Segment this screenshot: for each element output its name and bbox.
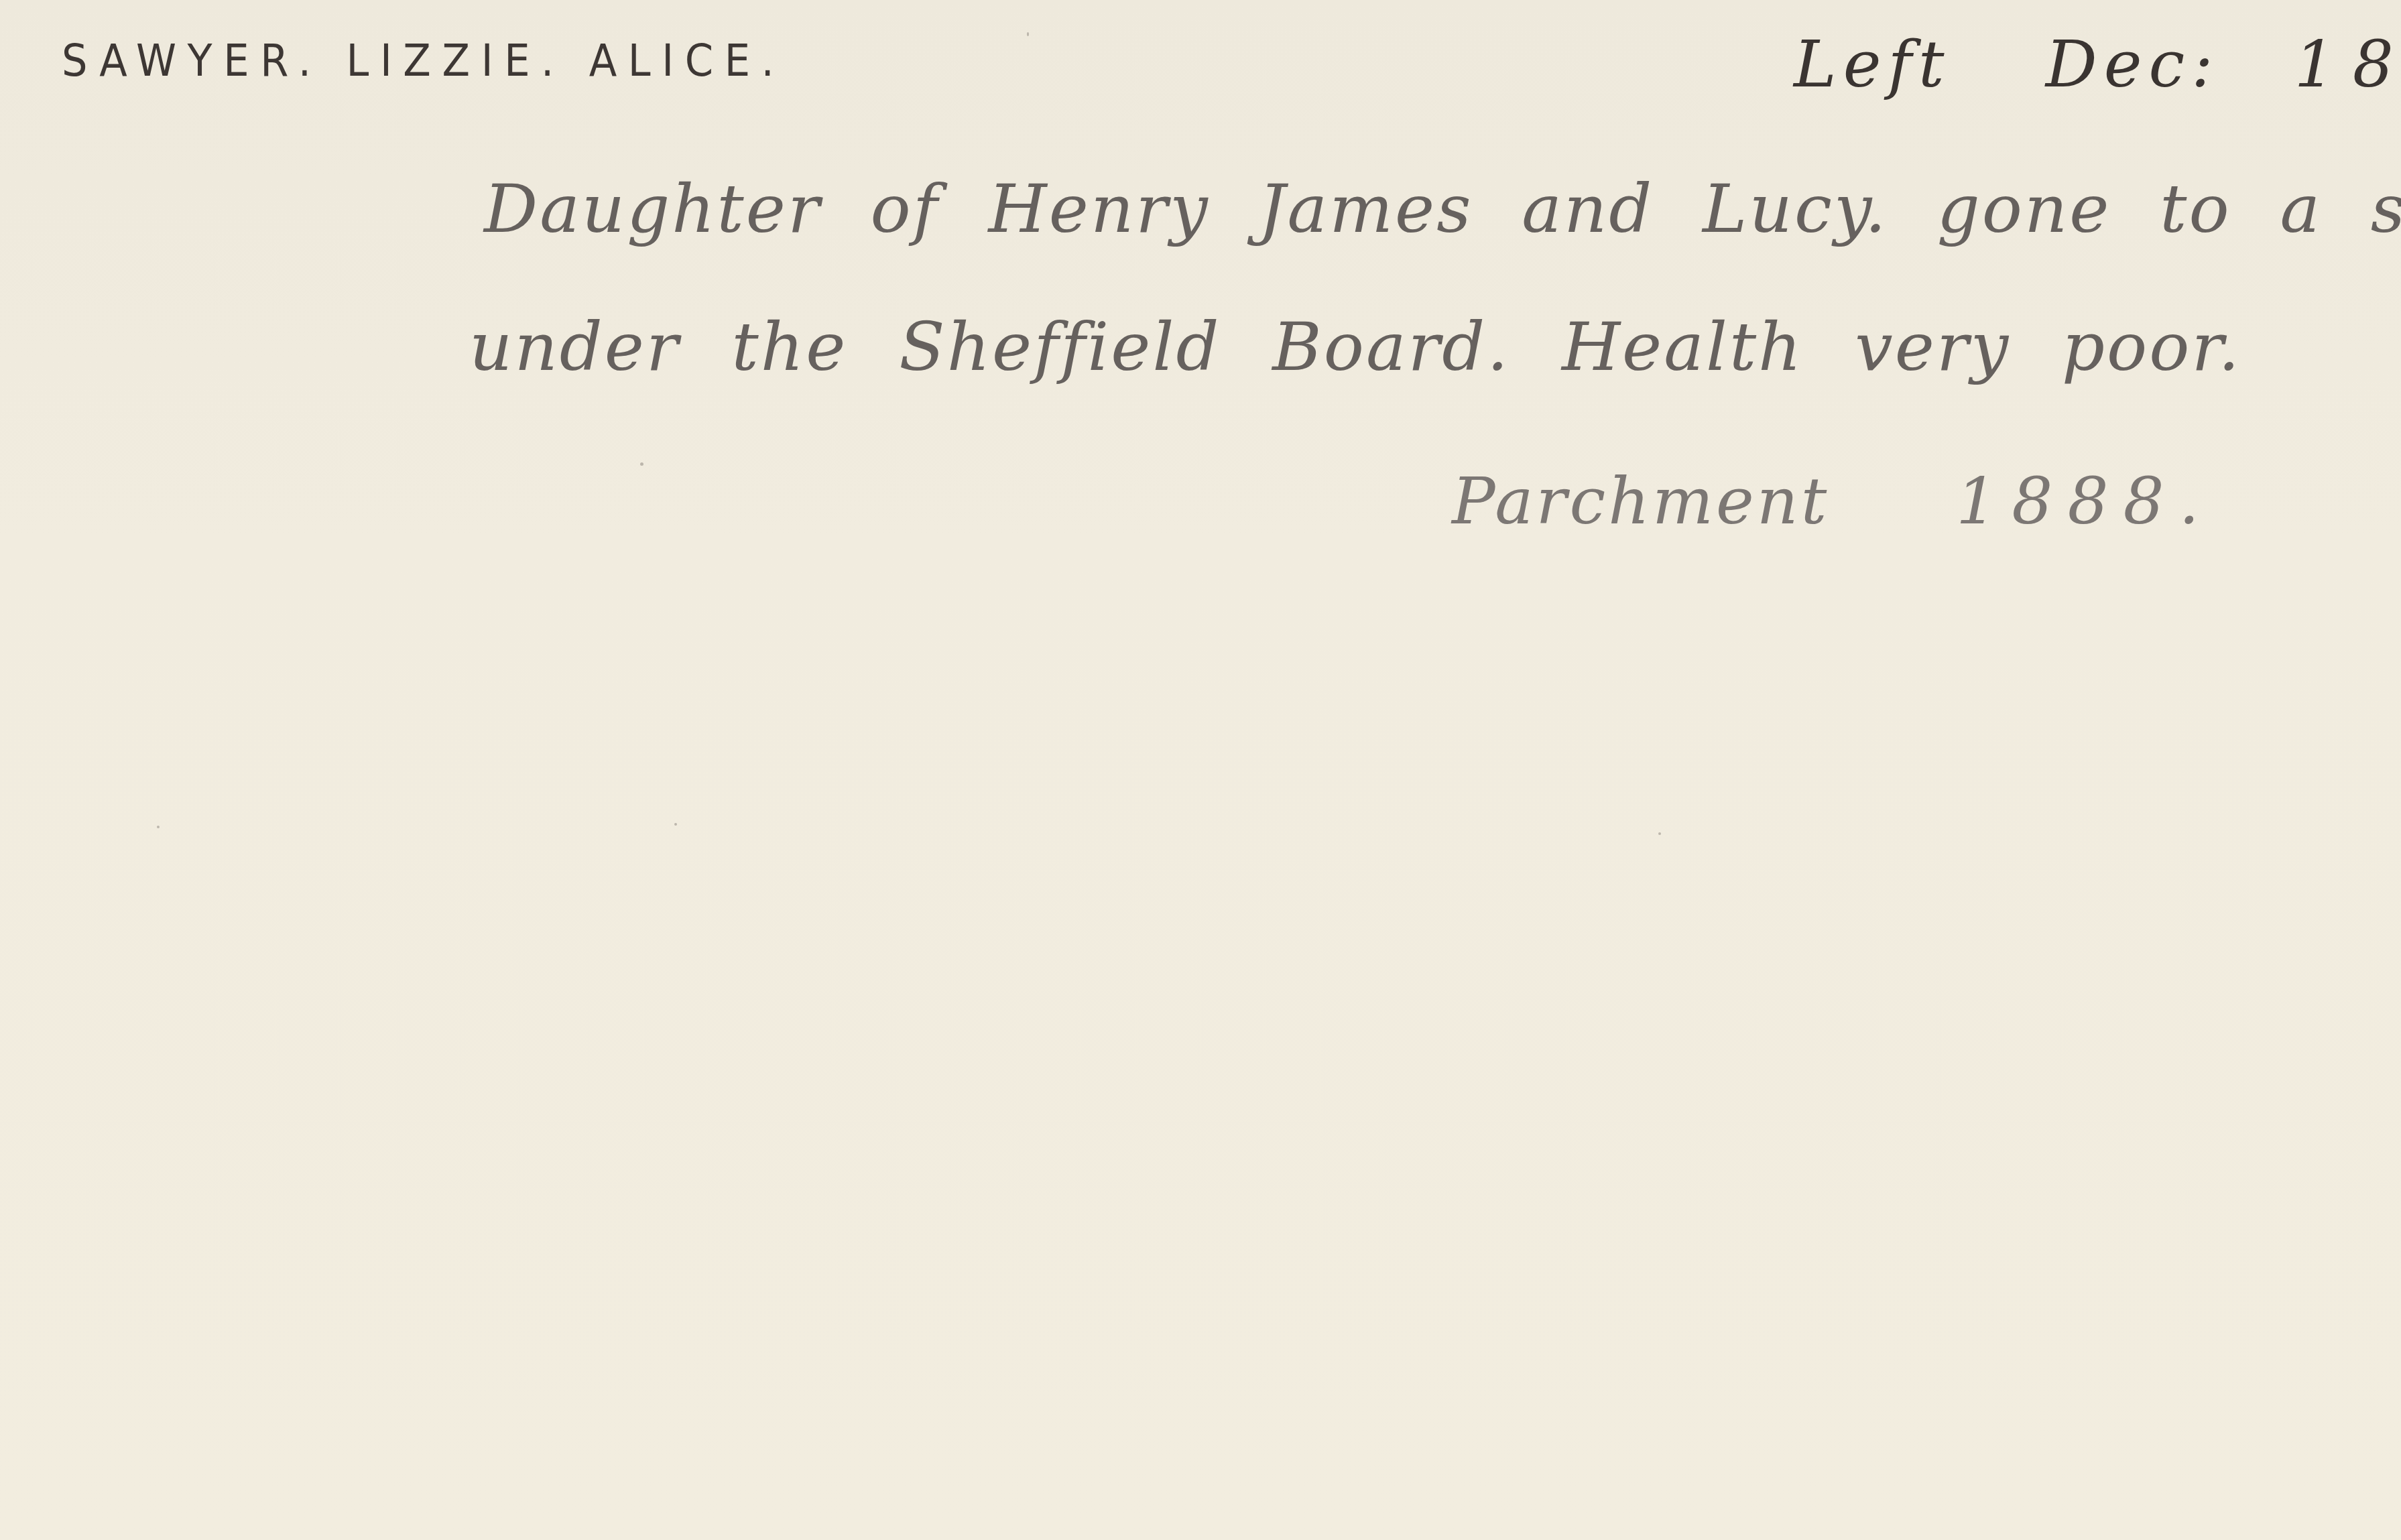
note-line-1: Daughter of Henry James and Lucy. gone t… (484, 176, 2401, 243)
name-header: SAWYER. LIZZIE. ALICE. (62, 39, 785, 83)
record-card: SAWYER. LIZZIE. ALICE. Left Dec: 1885. D… (0, 0, 2401, 1540)
note-line-2: under the Sheffield Board. Health very p… (469, 314, 2241, 381)
paper-speck (1658, 832, 1661, 835)
paper-speck (1027, 32, 1029, 36)
left-month: Dec: (2046, 27, 2220, 102)
paper-speck (674, 823, 677, 826)
paper-speck (157, 826, 160, 828)
parchment-year: 1888. (1956, 464, 2214, 539)
parchment-note: Parchment 1888. (1452, 469, 2214, 533)
left-year: 1885. (2294, 27, 2401, 102)
parchment-label: Parchment (1452, 464, 1829, 539)
left-date: Left Dec: 1885. (1794, 32, 2401, 97)
paper-speck (640, 462, 643, 466)
left-label: Left (1794, 27, 1951, 102)
